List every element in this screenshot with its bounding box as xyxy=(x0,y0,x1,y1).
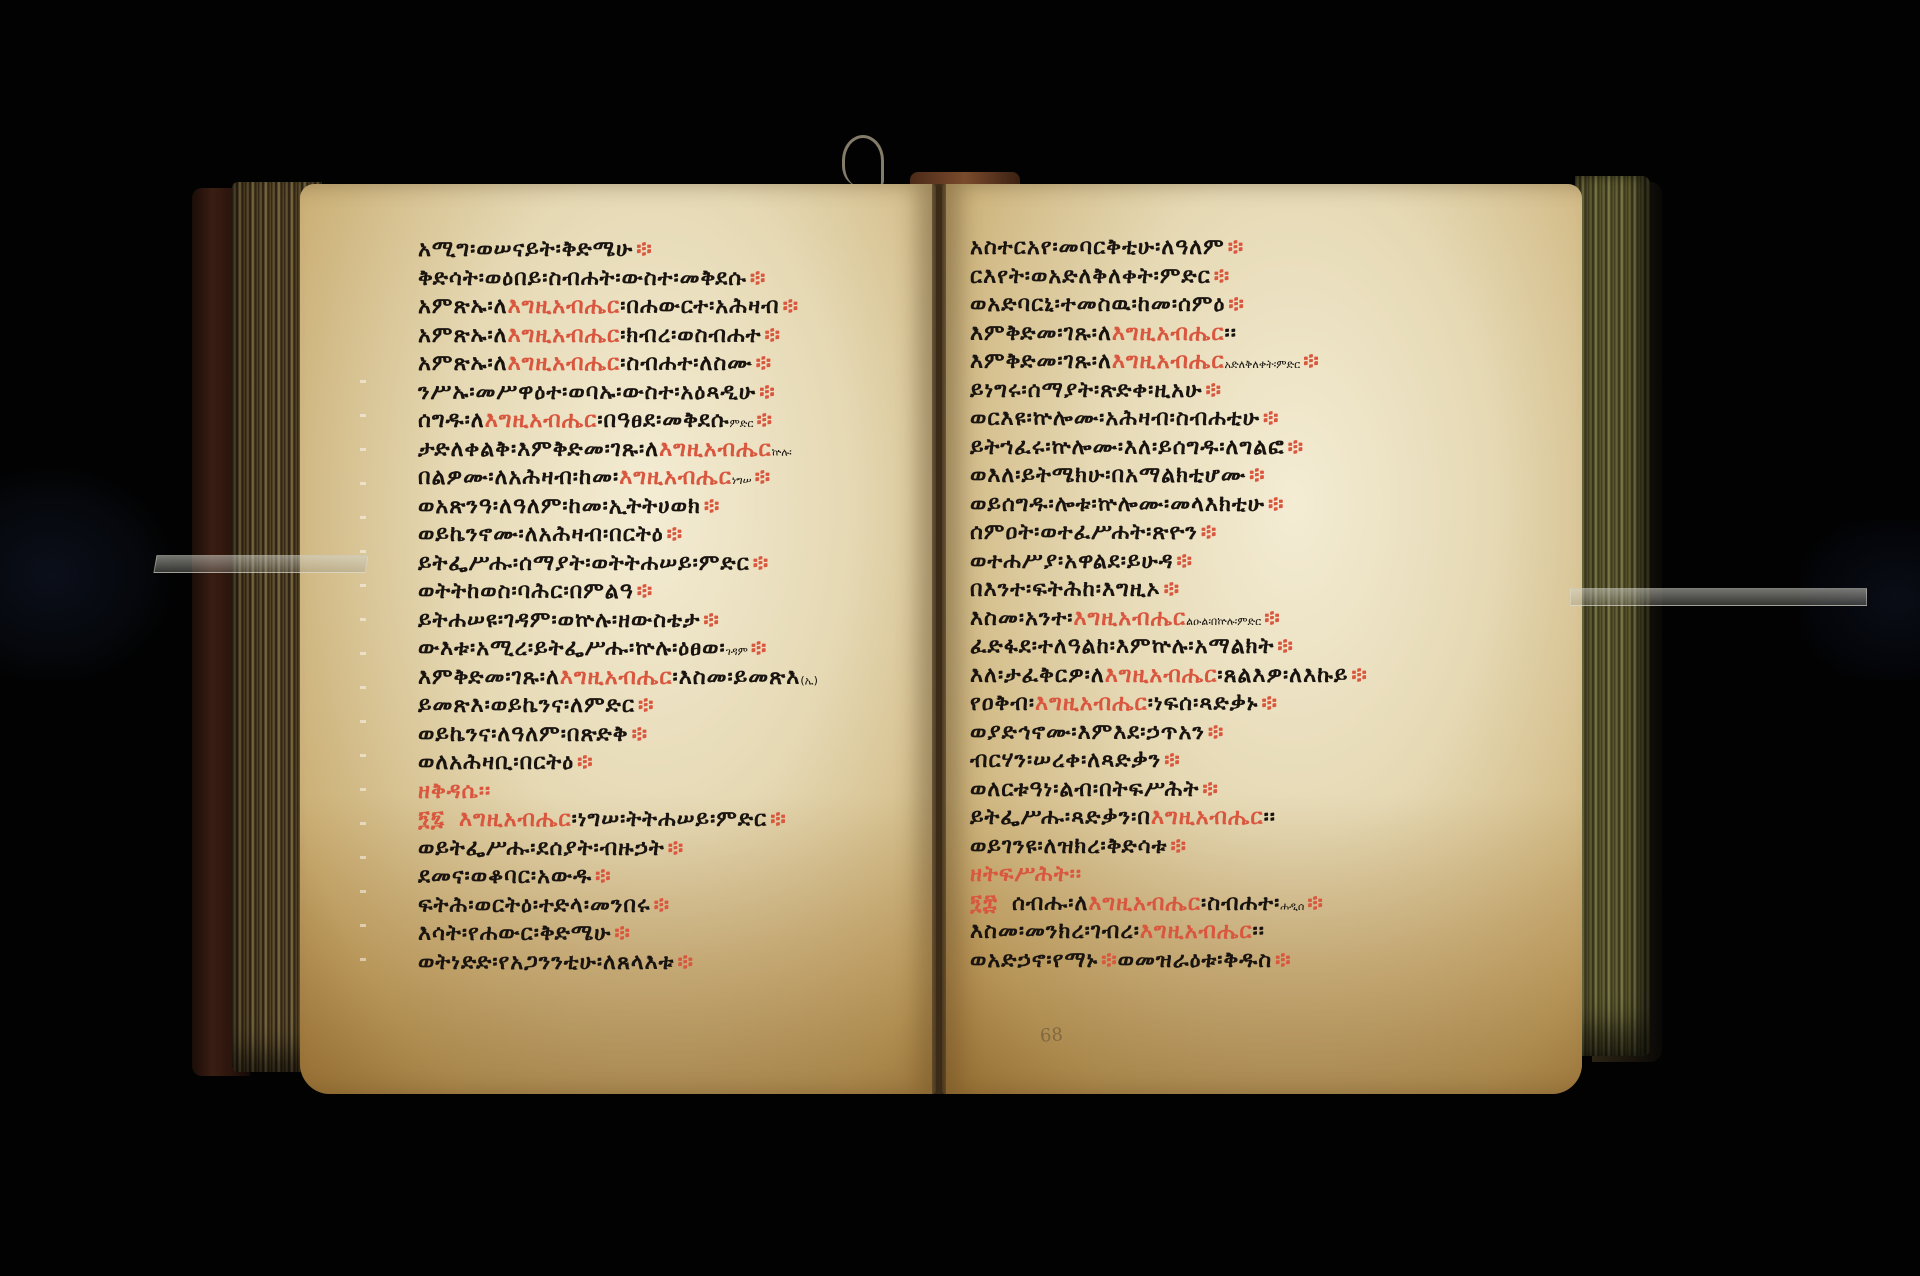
rubric-divine-name: እግዚአብሔር xyxy=(1035,691,1148,716)
line-text: እለ፡ታፈቅርዎ፡ለ xyxy=(970,663,1105,688)
line-text: አምጽኡ፡ለ xyxy=(418,323,508,348)
right-page-text: አስተርአየ፡መባርቅቲሁ፡ለዓለም፨ርእየት፡ወአድለቅለቀት፡ምድር፨ወአድ… xyxy=(970,234,1368,975)
line-text: ሰብሑ፡ለ xyxy=(1012,891,1088,916)
manuscript-line: እለ፡ታፈቅርዎ፡ለእግዚአብሔር፡ጸልእዎ፡ለእኩይ፨ xyxy=(970,662,1368,691)
line-text: ፡፡ xyxy=(1225,321,1237,346)
section-mark: ፨ xyxy=(1263,406,1279,431)
manuscript-line: እሳት፡የሐውር፡ቅድሜሁ፨ xyxy=(418,920,818,949)
section-mark: ፨ xyxy=(1228,235,1244,260)
manuscript-line: አምጽኡ፡ለእግዚአብሔር፡በሐውርተ፡አሕዛብ፨ xyxy=(418,293,818,322)
rubric-divine-name: እግዚአብሔር xyxy=(508,323,621,348)
line-text: ወለአሕዛቢ፡በርትዕ xyxy=(418,750,574,775)
manuscript-line: ፺፯እግዚአብሔር፡ነግሠ፡ትትሐሠይ፡ምድር፨ xyxy=(418,806,818,835)
manuscript-line: ወይኬንኖሙ፡ለአሕዛብ፡በርትዕ፨ xyxy=(418,521,818,550)
section-mark: ፨ xyxy=(668,836,684,861)
manuscript-photo: አሚግ፡ወሠናይት፡ቅድሜሁ፨ቅድሳት፡ወዕበይ፡ስብሐት፡ውስተ፡መቅደሱ፨አ… xyxy=(0,0,1920,1276)
line-text: እምቅድመ፡ገጹ፡ለ xyxy=(418,665,560,690)
line-text: ፡ነግሠ፡ትትሐሠይ፡ምድር xyxy=(572,807,768,832)
line-text: ወይገንዩ፡ለዝክረ፡ቅድሳቱ xyxy=(970,834,1167,859)
manuscript-line: ሰምዐት፡ወተፈሥሐት፡ጽዮን፨ xyxy=(970,519,1368,548)
interlinear-correction: ልዑል፡በኵሉ፡ምድር xyxy=(1186,615,1261,628)
line-text: እሳት፡የሐውር፡ቅድሜሁ xyxy=(418,921,611,946)
rubric-divine-name: እግዚአብሔር xyxy=(508,294,621,319)
line-text: በልዎሙ፡ለአሕዛብ፡ከመ፡ xyxy=(418,465,619,490)
manuscript-line: የዐቅብ፡እግዚአብሔር፡ነፍሰ፡ጻድቃኑ፨ xyxy=(970,690,1368,719)
section-mark: ፨ xyxy=(667,522,683,547)
manuscript-line: ወአድኃኖ፡የማኑ፨ወመዝራዕቱ፡ቅዱስ፨ xyxy=(970,947,1368,976)
section-mark: ፨ xyxy=(756,351,772,376)
section-mark: ፨ xyxy=(654,893,670,918)
rubric-divine-name: እግዚአብሔር xyxy=(619,465,732,490)
line-text: እስመ፡መንክረ፡ገብረ፡ xyxy=(970,919,1140,944)
line-text: እምቅድመ፡ገጹ፡ለ xyxy=(970,321,1112,346)
manuscript-line: ርእየት፡ወአድለቅለቀት፡ምድር፨ xyxy=(970,263,1368,292)
line-text: ደመና፡ወቆባር፡አውዱ xyxy=(418,864,592,889)
rubric-divine-name: እግዚአብሔር xyxy=(659,437,772,462)
rubric-divine-name: እግዚአብሔር xyxy=(560,665,673,690)
line-text: ፡በሐውርተ፡አሕዛብ xyxy=(620,294,779,319)
section-mark: ፨ xyxy=(1170,834,1186,859)
manuscript-line: እስመ፡አንተ፡እግዚአብሔርልዑል፡በኵሉ፡ምድር፨ xyxy=(970,605,1368,634)
manuscript-line: አሚግ፡ወሠናይት፡ቅድሜሁ፨ xyxy=(418,236,818,265)
section-mark: ፨ xyxy=(577,750,593,775)
manuscript-line: ይትፌሥሑ፡ጻድቃን፡በእግዚአብሔር፡፡ xyxy=(970,804,1368,833)
line-text: ወአድኃኖ፡የማኑ xyxy=(970,948,1098,973)
line-text: ወትትከወስ፡ባሕር፡በምልዓ xyxy=(418,579,634,604)
manuscript-line: ደመና፡ወቆባር፡አውዱ፨ xyxy=(418,863,818,892)
line-text: ፡እስመ፡ይመጽእ xyxy=(673,665,801,690)
glove-left xyxy=(0,470,170,680)
manuscript-line: ሰግዱ፡ለእግዚአብሔር፡በዓፀደ፡መቅደሱምድር፨ xyxy=(418,407,818,436)
acrylic-page-support-left xyxy=(153,555,368,573)
section-mark: ፨ xyxy=(1351,663,1367,688)
section-mark: ፨ xyxy=(765,323,781,348)
line-text: ፈድፋደ፡ተለዓልከ፡እምኵሉ፡አማልክት xyxy=(970,634,1274,659)
manuscript-line: ወለአሕዛቢ፡በርትዕ፨ xyxy=(418,749,818,778)
manuscript-line: ወትነድድ፡የአጋንንቲሁ፡ለጸላእቱ፨ xyxy=(418,949,818,978)
line-text: ፍትሕ፡ወርትዕ፡ተድላ፡መንበሩ xyxy=(418,893,651,918)
interlinear-correction: ኵሉ፡ xyxy=(772,446,792,459)
line-text: ወይኬንኖሙ፡ለአሕዛብ፡በርትዕ xyxy=(418,522,664,547)
section-mark: ፨ xyxy=(1275,948,1291,973)
line-text: አምጽኡ፡ለ xyxy=(418,351,508,376)
manuscript-line: ፺፰ሰብሑ፡ለእግዚአብሔር፡ስብሐተ፡ሐዲሰ፨ xyxy=(970,890,1368,919)
left-page-text: አሚግ፡ወሠናይት፡ቅድሜሁ፨ቅድሳት፡ወዕበይ፡ስብሐት፡ውስተ፡መቅደሱ፨አ… xyxy=(418,236,818,977)
section-mark: ፨ xyxy=(638,693,654,718)
binding-string xyxy=(842,135,884,186)
section-mark: ፨ xyxy=(1164,748,1180,773)
section-mark: ፨ xyxy=(703,608,719,633)
ruling-prick-holes xyxy=(360,380,366,970)
line-text: ንሥኡ፡መሥዋዕተ፡ወባኡ፡ውስተ፡አዕጻዲሁ xyxy=(418,380,756,405)
manuscript-line: እምቅድመ፡ገጹ፡ለእግዚአብሔር፡፡ xyxy=(970,320,1368,349)
section-mark: ፨ xyxy=(1277,634,1293,659)
manuscript-line: ወይገንዩ፡ለዝክረ፡ቅድሳቱ፨ xyxy=(970,833,1368,862)
line-text: ወአጽንዓ፡ለዓለም፡ከመ፡ኢትትሀወክ xyxy=(418,494,701,519)
rubric-divine-name: እግዚአብሔር xyxy=(508,351,621,376)
line-text: ይትኀፈሩ፡ኵሎሙ፡እለ፡ይሰግዱ፡ለግልፎ xyxy=(970,435,1285,460)
manuscript-line: ውእቱ፡አሚረ፡ይትፌሥሑ፡ኵሉ፡ዕፀወ፡ገዳም፨ xyxy=(418,635,818,664)
page-edges-right xyxy=(1575,176,1650,1056)
section-mark: ፨ xyxy=(637,579,653,604)
section-mark: ፨ xyxy=(1307,891,1323,916)
line-text: ርእየት፡ወአድለቅለቀት፡ምድር xyxy=(970,264,1211,289)
section-mark: ፨ xyxy=(1101,948,1117,973)
section-mark: ፨ xyxy=(1264,606,1280,631)
line-text: ሰምዐት፡ወተፈሥሐት፡ጽዮን xyxy=(970,520,1198,545)
acrylic-page-support-right xyxy=(1570,588,1867,606)
psalm-number: ፺፰ xyxy=(970,891,998,916)
manuscript-line: በእንተ፡ፍትሕከ፡እግዚኦ፨ xyxy=(970,576,1368,605)
manuscript-line: ወለርቱዓነ፡ልብ፡በትፍሥሕት፨ xyxy=(970,776,1368,805)
manuscript-line: ብርሃን፡ሠረቀ፡ለጻድቃን፨ xyxy=(970,747,1368,776)
line-text: ፡ስብሐተ፡ xyxy=(1201,891,1280,916)
manuscript-line: ፈድፋደ፡ተለዓልከ፡እምኵሉ፡አማልክት፨ xyxy=(970,633,1368,662)
manuscript-line: ወይኬንና፡ለዓለም፡በጽድቅ፨ xyxy=(418,721,818,750)
section-mark: ፨ xyxy=(751,636,767,661)
manuscript-line: ንሥኡ፡መሥዋዕተ፡ወባኡ፡ውስተ፡አዕጻዲሁ፨ xyxy=(418,379,818,408)
line-text: ወትነድድ፡የአጋንንቲሁ፡ለጸላእቱ xyxy=(418,950,675,975)
rubric-divine-name: እግዚአብሔር xyxy=(485,408,598,433)
line-text: ወመዝራዕቱ፡ቅዱስ xyxy=(1118,948,1272,973)
section-mark: ፨ xyxy=(757,408,773,433)
interlinear-correction: ሐዲሰ xyxy=(1280,900,1304,913)
line-text: ይነግሩ፡ሰማያት፡ጽድቀ፡ዚአሁ xyxy=(970,378,1202,403)
section-mark: ፨ xyxy=(755,465,771,490)
line-text: ይትፌሥሑ፡ጻድቃን፡በ xyxy=(970,805,1151,830)
line-text: ብርሃን፡ሠረቀ፡ለጻድቃን xyxy=(970,748,1161,773)
manuscript-line: ወትትከወስ፡ባሕር፡በምልዓ፨ xyxy=(418,578,818,607)
section-mark: ፨ xyxy=(614,921,630,946)
section-mark: ፨ xyxy=(1176,549,1192,574)
line-text: አሚግ፡ወሠናይት፡ቅድሜሁ xyxy=(418,237,633,262)
line-text: ወይኬንና፡ለዓለም፡በጽድቅ xyxy=(418,722,629,747)
manuscript-line: ወይሰግዱ፡ሎቱ፡ኵሎሙ፡መላእክቲሁ፨ xyxy=(970,491,1368,520)
section-mark: ፨ xyxy=(1205,378,1221,403)
line-text: ፡ክብረ፡ወስብሐተ xyxy=(620,323,761,348)
section-mark: ፨ xyxy=(1201,520,1217,545)
gutter xyxy=(932,184,946,1094)
section-mark: ፨ xyxy=(632,722,648,747)
rubric-divine-name: እግዚአብሔር xyxy=(1088,891,1201,916)
rubric-divine-name: እግዚአብሔር xyxy=(459,807,572,832)
section-mark: ፨ xyxy=(1261,691,1277,716)
section-mark: ፨ xyxy=(704,494,720,519)
line-text: ፡ነፍሰ፡ጻድቃኑ xyxy=(1148,691,1259,716)
section-mark: ፨ xyxy=(1303,349,1319,374)
manuscript-line: ወያድኅኖሙ፡እምእደ፡ኃጥአን፨ xyxy=(970,719,1368,748)
rubric-divine-name: እግዚአብሔር xyxy=(1140,919,1253,944)
line-text: ወርእዩ፡ኵሎሙ፡አሕዛብ፡ስብሐቲሁ xyxy=(970,406,1260,431)
line-text: ይመጽእ፡ወይኬንና፡ለምድር xyxy=(418,693,635,718)
section-mark: ፨ xyxy=(1214,264,1230,289)
rubric-divine-name: እግዚአብሔር xyxy=(1105,663,1218,688)
interlinear-correction: አድለቅለቀት፡ምድር xyxy=(1225,358,1301,371)
line-text: ፡፡ xyxy=(1253,919,1265,944)
rubric-heading: ዘትፍሥሕት፡፡ xyxy=(970,862,1082,887)
manuscript-line: ዘትፍሥሕት፡፡ xyxy=(970,861,1368,890)
manuscript-line: ወይትፌሥሑ፡ደሰያት፡ብዙኃት፨ xyxy=(418,835,818,864)
section-mark: ፨ xyxy=(753,551,769,576)
manuscript-line: ወአጽንዓ፡ለዓለም፡ከመ፡ኢትትሀወክ፨ xyxy=(418,493,818,522)
line-text: ፡ጸልእዎ፡ለእኩይ xyxy=(1217,663,1348,688)
line-text: ወይሰግዱ፡ሎቱ፡ኵሎሙ፡መላእክቲሁ xyxy=(970,492,1265,517)
manuscript-line: በልዎሙ፡ለአሕዛብ፡ከመ፡እግዚአብሔርነግሠ፨ xyxy=(418,464,818,493)
line-text: ወያድኅኖሙ፡እምእደ፡ኃጥአን xyxy=(970,720,1205,745)
interlinear-correction: ምድር xyxy=(730,417,754,430)
manuscript-line: ቅድሳት፡ወዕበይ፡ስብሐት፡ውስተ፡መቅደሱ፨ xyxy=(418,265,818,294)
section-mark: ፨ xyxy=(1164,577,1180,602)
section-mark: ፨ xyxy=(783,294,799,319)
line-text: ይትፌሥሑ፡ሰማያት፡ወትትሐሠይ፡ምድር xyxy=(418,551,750,576)
section-mark: ፨ xyxy=(1202,777,1218,802)
manuscript-line: ወእለ፡ይትሜክሁ፡በአማልክቲሆሙ፨ xyxy=(970,462,1368,491)
section-mark: ፨ xyxy=(636,237,652,262)
manuscript-line: ይትፌሥሑ፡ሰማያት፡ወትትሐሠይ፡ምድር፨ xyxy=(418,550,818,579)
manuscript-line: ወተሐሥያ፡አዋልደ፡ይሁዳ፨ xyxy=(970,548,1368,577)
line-text: የዐቅብ፡ xyxy=(970,691,1035,716)
folio-number: 68 xyxy=(1039,1024,1063,1047)
interlinear-correction: (ኢ) xyxy=(800,674,818,687)
manuscript-line: ይመጽእ፡ወይኬንና፡ለምድር፨ xyxy=(418,692,818,721)
manuscript-line: እምቅድመ፡ገጹ፡ለእግዚአብሔር፡እስመ፡ይመጽእ(ኢ) xyxy=(418,664,818,693)
line-text: ፡፡ xyxy=(1264,805,1276,830)
line-text: ፡ስብሐተ፡ለስሙ xyxy=(620,351,752,376)
line-text: ወተሐሥያ፡አዋልደ፡ይሁዳ xyxy=(970,549,1173,574)
line-text: ወአድባርኒ፡ተመስዉ፡ከመ፡ሰምዕ xyxy=(970,292,1225,317)
rubric-divine-name: እግዚአብሔር xyxy=(1112,349,1225,374)
line-text: ወይትፌሥሑ፡ደሰያት፡ብዙኃት xyxy=(418,836,665,861)
manuscript-line: ይነግሩ፡ሰማያት፡ጽድቀ፡ዚአሁ፨ xyxy=(970,377,1368,406)
manuscript-line: አምጽኡ፡ለእግዚአብሔር፡ስብሐተ፡ለስሙ፨ xyxy=(418,350,818,379)
manuscript-line: እምቅድመ፡ገጹ፡ለእግዚአብሔርአድለቅለቀት፡ምድር፨ xyxy=(970,348,1368,377)
manuscript-line: አምጽኡ፡ለእግዚአብሔር፡ክብረ፡ወስብሐተ፨ xyxy=(418,322,818,351)
section-mark: ፨ xyxy=(1288,435,1304,460)
rubric-divine-name: እግዚአብሔር xyxy=(1112,321,1225,346)
rubric-divine-name: እግዚአብሔር xyxy=(1074,606,1187,631)
section-mark: ፨ xyxy=(1228,292,1244,317)
section-mark: ፨ xyxy=(1268,492,1284,517)
section-mark: ፨ xyxy=(595,864,611,889)
manuscript-line: ይትሐሠዩ፡ገዳም፡ወኵሉ፡ዘውስቴታ፨ xyxy=(418,607,818,636)
manuscript-line: ታድለቀልቅ፡እምቅድመ፡ገጹ፡ለእግዚአብሔርኵሉ፡ xyxy=(418,436,818,465)
manuscript-line: እስመ፡መንክረ፡ገብረ፡እግዚአብሔር፡፡ xyxy=(970,918,1368,947)
rubric-heading: ዘቅዳሴ፡፡ xyxy=(418,779,491,804)
section-mark: ፨ xyxy=(770,807,786,832)
manuscript-line: ዘቅዳሴ፡፡ xyxy=(418,778,818,807)
line-text: ፡በዓፀደ፡መቅደሱ xyxy=(597,408,729,433)
line-text: እምቅድመ፡ገጹ፡ለ xyxy=(970,349,1112,374)
line-text: እስመ፡አንተ፡ xyxy=(970,606,1074,631)
manuscript-line: ወአድባርኒ፡ተመስዉ፡ከመ፡ሰምዕ፨ xyxy=(970,291,1368,320)
interlinear-correction: ገዳም xyxy=(726,645,748,658)
line-text: ታድለቀልቅ፡እምቅድመ፡ገጹ፡ለ xyxy=(418,437,659,462)
section-mark: ፨ xyxy=(1208,720,1224,745)
section-mark: ፨ xyxy=(1249,463,1265,488)
section-mark: ፨ xyxy=(750,266,766,291)
rubric-divine-name: እግዚአብሔር xyxy=(1151,805,1264,830)
line-text: በእንተ፡ፍትሕከ፡እግዚኦ xyxy=(970,577,1161,602)
line-text: ወእለ፡ይትሜክሁ፡በአማልክቲሆሙ xyxy=(970,463,1246,488)
line-text: አምጽኡ፡ለ xyxy=(418,294,508,319)
section-mark: ፨ xyxy=(678,950,694,975)
line-text: ሰግዱ፡ለ xyxy=(418,408,485,433)
line-text: ውእቱ፡አሚረ፡ይትፌሥሑ፡ኵሉ፡ዕፀወ፡ xyxy=(418,636,726,661)
line-text: ወለርቱዓነ፡ልብ፡በትፍሥሕት xyxy=(970,777,1199,802)
manuscript-line: ፍትሕ፡ወርትዕ፡ተድላ፡መንበሩ፨ xyxy=(418,892,818,921)
manuscript-line: ወርእዩ፡ኵሎሙ፡አሕዛብ፡ስብሐቲሁ፨ xyxy=(970,405,1368,434)
interlinear-correction: ነግሠ xyxy=(732,474,752,487)
line-text: ቅድሳት፡ወዕበይ፡ስብሐት፡ውስተ፡መቅደሱ xyxy=(418,266,747,291)
line-text: ይትሐሠዩ፡ገዳም፡ወኵሉ፡ዘውስቴታ xyxy=(418,608,700,633)
manuscript-line: ይትኀፈሩ፡ኵሎሙ፡እለ፡ይሰግዱ፡ለግልፎ፨ xyxy=(970,434,1368,463)
manuscript-line: አስተርአየ፡መባርቅቲሁ፡ለዓለም፨ xyxy=(970,234,1368,263)
section-mark: ፨ xyxy=(759,380,775,405)
psalm-number: ፺፯ xyxy=(418,807,445,832)
line-text: አስተርአየ፡መባርቅቲሁ፡ለዓለም xyxy=(970,235,1225,260)
